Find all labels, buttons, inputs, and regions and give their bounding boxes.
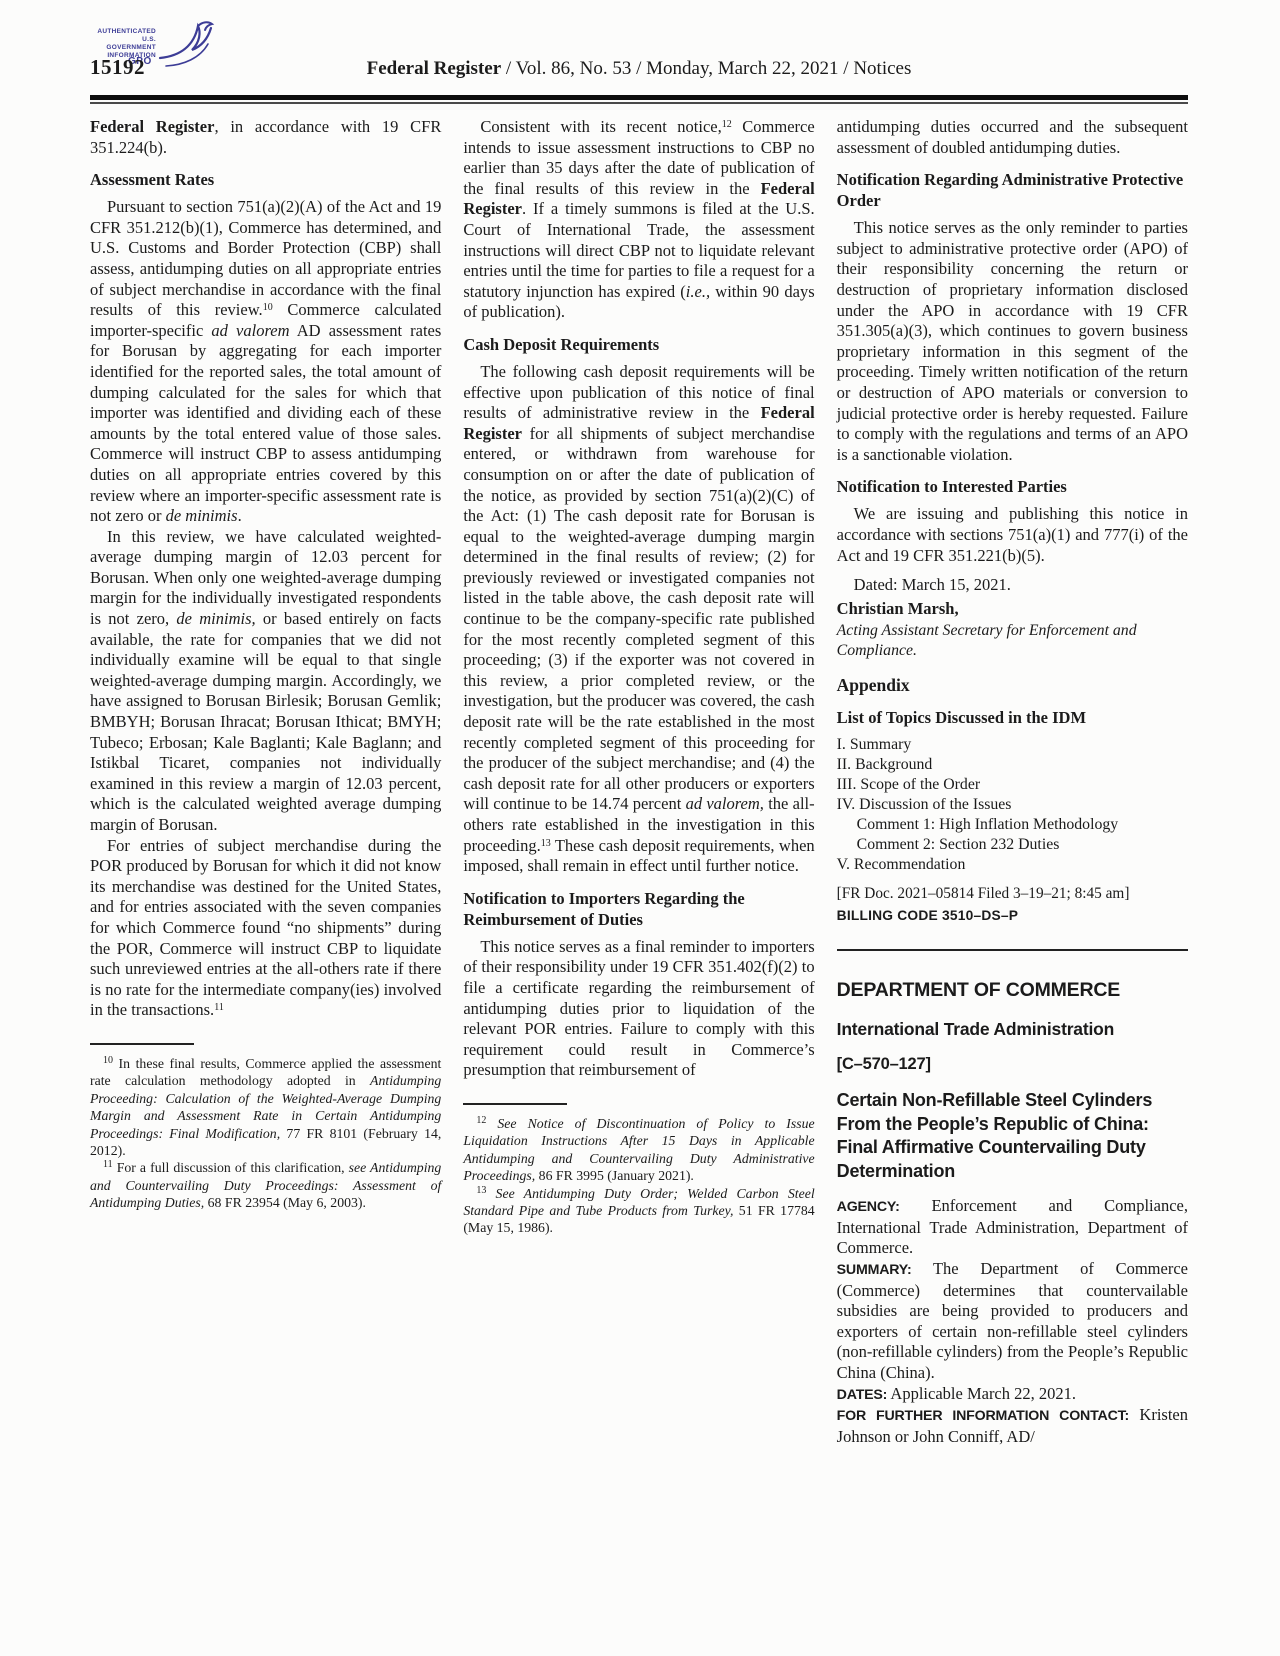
text-segment: ad valorem,: [686, 794, 764, 813]
toc-item: V. Recommendation: [837, 855, 1188, 875]
text-segment: Notification Regarding Administrative Pr…: [837, 170, 1184, 210]
text-segment: Christian Marsh,: [837, 599, 959, 618]
labeled-paragraph: SUMMARY: The Department of Commerce (Com…: [837, 1259, 1188, 1384]
column-3: antidumping duties occurred and the subs…: [837, 117, 1188, 1447]
text-segment: ad valorem: [211, 321, 289, 340]
section-heading: Assessment Rates: [90, 169, 441, 190]
text-segment: [C–570–127]: [837, 1055, 931, 1073]
text-segment: for all shipments of subject merchandise…: [463, 424, 814, 814]
text-segment: 86 FR 3995 (January 2021).: [535, 1168, 694, 1183]
paragraph: Pursuant to section 751(a)(2)(A) of the …: [90, 197, 441, 527]
text-segment: List of Topics Discussed in the IDM: [837, 708, 1086, 727]
footnote: 11 For a full discussion of this clarifi…: [90, 1159, 441, 1211]
paragraph: In this review, we have calculated weigh…: [90, 527, 441, 836]
text-segment: For a full discussion of this clarificat…: [113, 1160, 349, 1175]
section-heading: Notification to Importers Regarding the …: [463, 888, 814, 930]
text-segment: Appendix: [837, 675, 910, 695]
content-columns: Federal Register, in accordance with 19 …: [90, 104, 1188, 1447]
text-segment: I. Summary: [837, 736, 912, 753]
text-segment: [486, 1186, 495, 1201]
text-segment: Acting Assistant Secretary for Enforceme…: [837, 622, 1137, 659]
footnote: 12 See Notice of Discontinuation of Poli…: [463, 1115, 814, 1185]
text-segment: III. Scope of the Order: [837, 776, 980, 793]
text-segment: SUMMARY:: [837, 1262, 912, 1278]
agency-subheading: International Trade Administration: [837, 1018, 1188, 1040]
labeled-paragraph: FOR FURTHER INFORMATION CONTACT: Kristen…: [837, 1405, 1188, 1447]
text-segment: [FR Doc. 2021–05814 Filed 3–19–21; 8:45 …: [837, 885, 1130, 902]
paragraph: Federal Register, in accordance with 19 …: [90, 117, 441, 158]
toc-item: Comment 1: High Inflation Methodology: [837, 815, 1188, 835]
text-segment: .: [238, 506, 242, 525]
text-segment: We are issuing and publishing this notic…: [837, 504, 1188, 564]
paragraph: The following cash deposit requirements …: [463, 362, 814, 877]
text-segment: Dated: March 15, 2021.: [854, 575, 1011, 594]
footnote: 10 In these final results, Commerce appl…: [90, 1055, 441, 1159]
footnote-marker: 10: [263, 302, 273, 313]
document-page: AUTHENTICATED U.S. GOVERNMENT INFORMATIO…: [0, 0, 1280, 1447]
footnote-marker: 12: [476, 1115, 486, 1126]
footnote-marker: 13: [476, 1185, 486, 1196]
header-rule-thin: [90, 102, 1188, 104]
text-segment: antidumping duties occurred and the subs…: [837, 117, 1188, 157]
section-heading: Cash Deposit Requirements: [463, 334, 814, 355]
masthead-citation: / Vol. 86, No. 53 / Monday, March 22, 20…: [501, 58, 911, 79]
paragraph: For entries of subject merchandise durin…: [90, 836, 441, 1021]
text-segment: This notice serves as the only reminder …: [837, 218, 1188, 464]
text-segment: Federal Register: [90, 117, 214, 136]
header-rule-thick: [90, 95, 1188, 100]
toc-item: IV. Discussion of the Issues: [837, 795, 1188, 815]
labeled-paragraph: DATES: Applicable March 22, 2021.: [837, 1384, 1188, 1406]
text-segment: Notification to Interested Parties: [837, 477, 1067, 496]
text-segment: DATES:: [837, 1387, 888, 1403]
docket-number: [C–570–127]: [837, 1055, 1188, 1074]
toc-item: Comment 2: Section 232 Duties: [837, 835, 1188, 855]
text-segment: DEPARTMENT OF COMMERCE: [837, 979, 1120, 1001]
text-segment: Assessment Rates: [90, 170, 214, 189]
toc-item: III. Scope of the Order: [837, 775, 1188, 795]
department-heading: DEPARTMENT OF COMMERCE: [837, 979, 1188, 1002]
text-segment: BILLING CODE 3510–DS–P: [837, 908, 1019, 923]
text-segment: Comment 2: Section 232 Duties: [857, 836, 1060, 853]
idm-list-heading: List of Topics Discussed in the IDM: [837, 707, 1188, 728]
text-segment: V. Recommendation: [837, 856, 966, 873]
text-segment: For entries of subject merchandise durin…: [90, 836, 441, 1020]
text-segment: AD assessment rates for Borusan by aggre…: [90, 321, 441, 525]
signature-title: Acting Assistant Secretary for Enforceme…: [837, 621, 1188, 660]
fr-doc-line: [FR Doc. 2021–05814 Filed 3–19–21; 8:45 …: [837, 884, 1188, 903]
text-segment: FOR FURTHER INFORMATION CONTACT:: [837, 1408, 1129, 1424]
footnote-marker: 12: [722, 119, 732, 130]
text-segment: or based entirely on facts available, th…: [90, 609, 441, 834]
paragraph: This notice serves as a final reminder t…: [463, 937, 814, 1081]
page-header: 15192 Federal Register / Vol. 86, No. 53…: [90, 0, 1188, 104]
text-segment: Certain Non-Refillable Steel Cylinders F…: [837, 1090, 1152, 1181]
text-segment: Comment 1: High Inflation Methodology: [857, 816, 1119, 833]
text-segment: de minimis,: [176, 609, 255, 628]
section-heading: Notification to Interested Parties: [837, 476, 1188, 497]
text-segment: Notification to Importers Regarding the …: [463, 889, 744, 929]
text-segment: 68 FR 23954 (May 6, 2003).: [204, 1195, 366, 1210]
billing-code: BILLING CODE 3510–DS–P: [837, 908, 1188, 923]
footnote-marker: 13: [541, 838, 551, 849]
footnote-marker: 10: [103, 1055, 113, 1066]
text-segment: This notice serves as a final reminder t…: [463, 937, 814, 1080]
text-segment: Applicable March 22, 2021.: [887, 1384, 1076, 1403]
masthead-title: Federal Register: [367, 58, 502, 79]
text-segment: Consistent with its recent notice,: [480, 117, 721, 136]
text-segment: II. Background: [837, 756, 933, 773]
toc-item: I. Summary: [837, 735, 1188, 755]
text-segment: AGENCY:: [837, 1199, 900, 1215]
column-1: Federal Register, in accordance with 19 …: [90, 117, 441, 1447]
section-divider: [837, 949, 1188, 951]
masthead: Federal Register / Vol. 86, No. 53 / Mon…: [90, 58, 1188, 80]
footnote-separator: [463, 1103, 567, 1105]
dateline: Dated: March 15, 2021.: [837, 575, 1188, 596]
paragraph: antidumping duties occurred and the subs…: [837, 117, 1188, 158]
footnote: 13 See Antidumping Duty Order; Welded Ca…: [463, 1185, 814, 1237]
document-title: Certain Non-Refillable Steel Cylinders F…: [837, 1089, 1188, 1183]
text-segment: i.e.,: [686, 282, 710, 301]
text-segment: de minimis: [166, 506, 238, 525]
labeled-paragraph: AGENCY: Enforcement and Compliance, Inte…: [837, 1196, 1188, 1259]
column-2: Consistent with its recent notice,12 Com…: [463, 117, 814, 1447]
paragraph: This notice serves as the only reminder …: [837, 218, 1188, 465]
signature-name: Christian Marsh,: [837, 599, 1188, 620]
paragraph: We are issuing and publishing this notic…: [837, 504, 1188, 566]
text-segment: Cash Deposit Requirements: [463, 335, 659, 354]
toc-item: II. Background: [837, 755, 1188, 775]
text-segment: [486, 1116, 497, 1131]
text-segment: International Trade Administration: [837, 1019, 1114, 1039]
footnote-marker: 11: [103, 1159, 113, 1170]
footnote-marker: 11: [214, 1002, 224, 1013]
appendix-heading: Appendix: [837, 675, 1188, 696]
text-segment: IV. Discussion of the Issues: [837, 796, 1012, 813]
footnote-separator: [90, 1043, 194, 1045]
paragraph: Consistent with its recent notice,12 Com…: [463, 117, 814, 323]
section-heading: Notification Regarding Administrative Pr…: [837, 169, 1188, 211]
header-rule: [90, 95, 1188, 104]
